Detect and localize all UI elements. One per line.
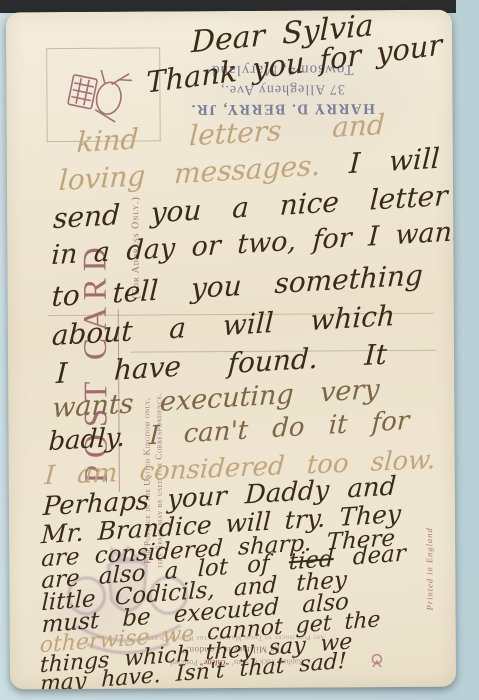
postcard-back: HARRY D. BERRY, JR. 37 Allegheny Ave., T… [6,10,456,690]
message-segment: I will [320,142,441,182]
handwritten-message: Dear SylviaThank you for yourkind letter… [6,10,456,690]
postcard-photo: HARRY D. BERRY, JR. 37 Allegheny Ave., T… [0,0,479,700]
message-segment: badly. [48,421,150,457]
